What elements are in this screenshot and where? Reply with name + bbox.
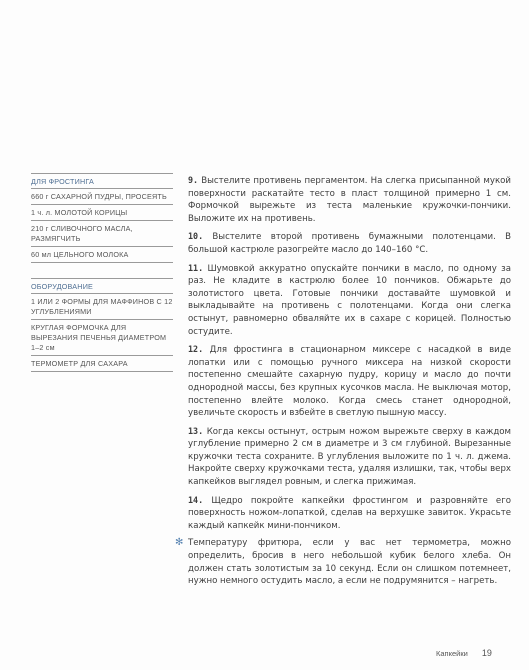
- ingredient-item: 210 г СЛИВОЧНОГО МАСЛА, РАЗМЯГЧИТЬ: [31, 221, 173, 247]
- step-12: 12. Для фростинга в стационарном миксере…: [188, 343, 511, 420]
- ingredients-sidebar: ДЛЯ ФРОСТИНГА 660 г САХАРНОЙ ПУДРЫ, ПРОС…: [31, 173, 173, 372]
- asterisk-icon: ✻: [175, 537, 183, 550]
- frosting-heading: ДЛЯ ФРОСТИНГА: [31, 173, 173, 189]
- step-10: 10. Выстелите второй противень бумажными…: [188, 230, 511, 256]
- equipment-item: 1 ИЛИ 2 ФОРМЫ ДЛЯ МАФФИНОВ С 12 УГЛУБЛЕН…: [31, 294, 173, 320]
- page-number: 19: [482, 648, 492, 658]
- step-14: 14. Щедро покройте капкейки фростингом и…: [188, 494, 511, 533]
- page-footer: Капкейки19: [436, 648, 492, 658]
- ingredient-item: 660 г САХАРНОЙ ПУДРЫ, ПРОСЕЯТЬ: [31, 189, 173, 205]
- equipment-heading: ОБОРУДОВАНИЕ: [31, 278, 173, 294]
- equipment-item: КРУГЛАЯ ФОРМОЧКА ДЛЯ ВЫРЕЗАНИЯ ПЕЧЕНЬЯ Д…: [31, 320, 173, 356]
- step-13: 13. Когда кексы остынут, острым ножом вы…: [188, 425, 511, 489]
- equipment-item: ТЕРМОМЕТР ДЛЯ САХАРА: [31, 356, 173, 372]
- ingredient-item: 1 ч. л. МОЛОТОЙ КОРИЦЫ: [31, 205, 173, 221]
- step-9: 9. Выстелите противень пергаментом. На с…: [188, 174, 511, 225]
- ingredient-item: 60 мл ЦЕЛЬНОГО МОЛОКА: [31, 247, 173, 263]
- tip-note: ✻ Температуру фритюра, если у вас нет те…: [188, 537, 511, 587]
- section-name: Капкейки: [436, 649, 468, 658]
- instructions: 9. Выстелите противень пергаментом. На с…: [188, 174, 511, 593]
- step-11: 11. Шумовкой аккуратно опускайте пончики…: [188, 262, 511, 339]
